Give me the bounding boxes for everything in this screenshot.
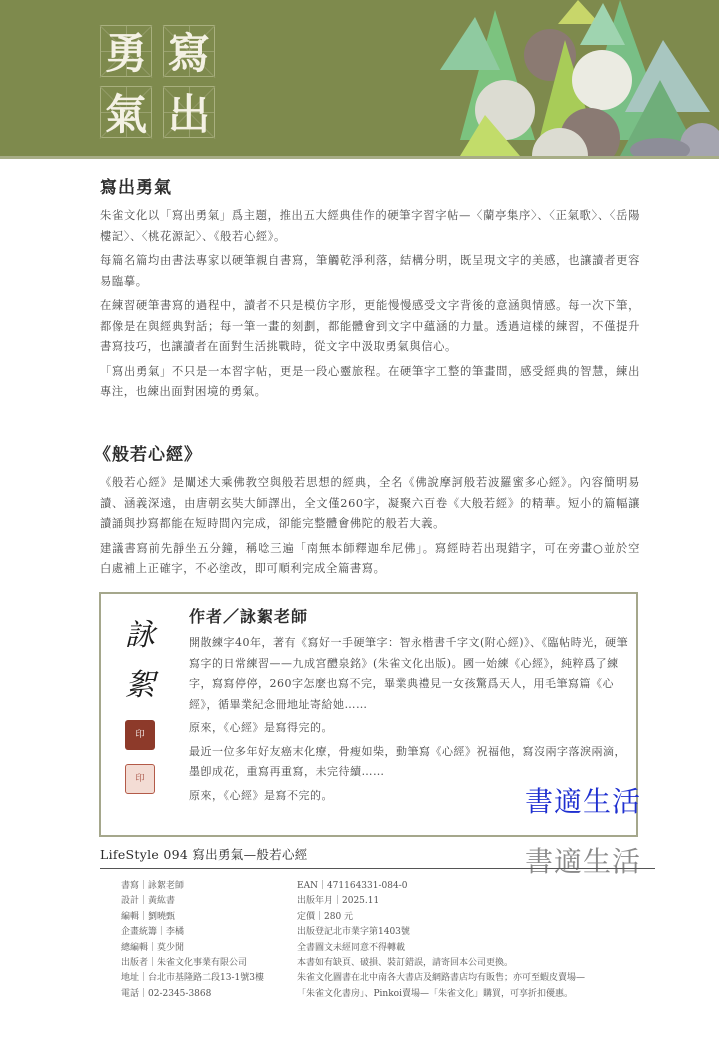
signature-char: 絮 [115,666,165,706]
banner-char: 寫 [164,26,214,76]
section-heart-sutra: 《般若心經》 《般若心經》是闡述大乘佛教空與般若思想的經典，全名《佛說摩訶般若波… [100,440,640,584]
info-line: 朱雀文化圖書在北中南各大書店及網路書店均有販售；亦可至蝦皮賣場— [297,971,585,986]
credit-line: 編輯｜劉曉甄 [121,910,264,925]
grid-cell-yong: 勇 [100,25,152,77]
tree-illustration-icon [440,0,719,156]
paragraph: 朱雀文化以「寫出勇氣」爲主題，推出五大經典佳作的硬筆字習字帖—〈蘭亭集序〉、〈正… [100,206,640,247]
colophon-publication-info: EAN｜471164331-084-0 出版年月｜2025.11 定價｜280 … [297,879,585,1002]
grid-cell-qi: 氣 [100,86,152,138]
info-line: 本書如有缺頁、破損、裝訂錯誤，請寄回本公司更換。 [297,956,585,971]
paragraph: 「寫出勇氣」不只是一本習字帖，更是一段心靈旅程。在硬筆字工整的筆畫間，感受經典的… [100,362,640,403]
author-title: 作者／詠絮老師 [189,604,629,627]
paragraph: 《般若心經》是闡述大乘佛教空與般若思想的經典，全名《佛說摩訶般若波羅蜜多心經》。… [100,473,640,535]
author-signature: 詠 絮 印 印 [115,616,165,794]
info-line: 出版登記北市業字第1403號 [297,925,585,940]
banner-char: 勇 [101,26,151,76]
info-line: 出版年月｜2025.11 [297,894,585,909]
paragraph: 原來，《心經》是寫得完的。 [189,718,629,739]
banner-divider [0,156,719,159]
info-line: EAN｜471164331-084-0 [297,879,585,894]
info-line: 定價｜280 元 [297,910,585,925]
paragraph: 在練習硬筆書寫的過程中，讀者不只是模仿字形，更能慢慢感受文字背後的意涵與情感。每… [100,296,640,358]
credit-line: 電話｜02-2345-3868 [121,987,264,1002]
author-bio: 作者／詠絮老師 開散練字40年，著有《寫好一手硬筆字：智永楷書千字文(附心經)》… [189,604,629,809]
paragraph: 開散練字40年，著有《寫好一手硬筆字：智永楷書千字文(附心經)》、《臨帖時光，硬… [189,633,629,715]
watermark-gray: 書適生活 [525,840,641,880]
banner-char: 出 [164,87,214,137]
series-label: LifeStyle 094 寫出勇氣—般若心經 [100,845,308,863]
paragraph: 最近一位多年好友癌末化療，骨瘦如柴，動筆寫《心經》祝福他，寫沒兩字落淚兩滴，墨卽… [189,742,629,783]
grid-cell-xie: 寫 [163,25,215,77]
info-line: 「朱雀文化書房」、Pinkoi賣場—「朱雀文化」購買，可享折扣優惠。 [297,987,585,1002]
seal-red-outline-icon: 印 [125,764,155,794]
header-banner: 勇 寫 氣 出 [0,0,719,156]
credit-line: 企畫統籌｜李橘 [121,925,264,940]
banner-char: 氣 [101,87,151,137]
credit-line: 設計｜黃紘書 [121,894,264,909]
signature-char: 詠 [115,616,165,656]
section-title: 《般若心經》 [94,440,640,465]
credit-line: 書寫｜詠絮老師 [121,879,264,894]
grid-cell-chu: 出 [163,86,215,138]
series-divider [100,868,655,869]
seal-red-solid-icon: 印 [125,720,155,750]
colophon-credits: 書寫｜詠絮老師 設計｜黃紘書 編輯｜劉曉甄 企畫統籌｜李橘 總編輯｜莫少閒 出版… [121,879,264,1002]
section-title: 寫出勇氣 [100,173,640,198]
paragraph: 每篇名篇均由書法專家以硬筆親自書寫，筆觸乾淨利落，結構分明，既呈現文字的美感，也… [100,251,640,292]
info-line: 全書圖文未經同意不得轉載 [297,941,585,956]
section-write-courage: 寫出勇氣 朱雀文化以「寫出勇氣」爲主題，推出五大經典佳作的硬筆字習字帖—〈蘭亭集… [100,173,640,407]
paragraph: 建議書寫前先靜坐五分鐘，稱唸三遍「南無本師釋迦牟尼佛」。寫經時若出現錯字，可在旁… [100,539,640,580]
watermark-blue: 書適生活 [525,780,641,820]
credit-line: 出版者｜朱雀文化事業有限公司 [121,956,264,971]
credit-line: 地址｜台北市基隆路二段13-1號3樓 [121,971,264,986]
credit-line: 總編輯｜莫少閒 [121,941,264,956]
